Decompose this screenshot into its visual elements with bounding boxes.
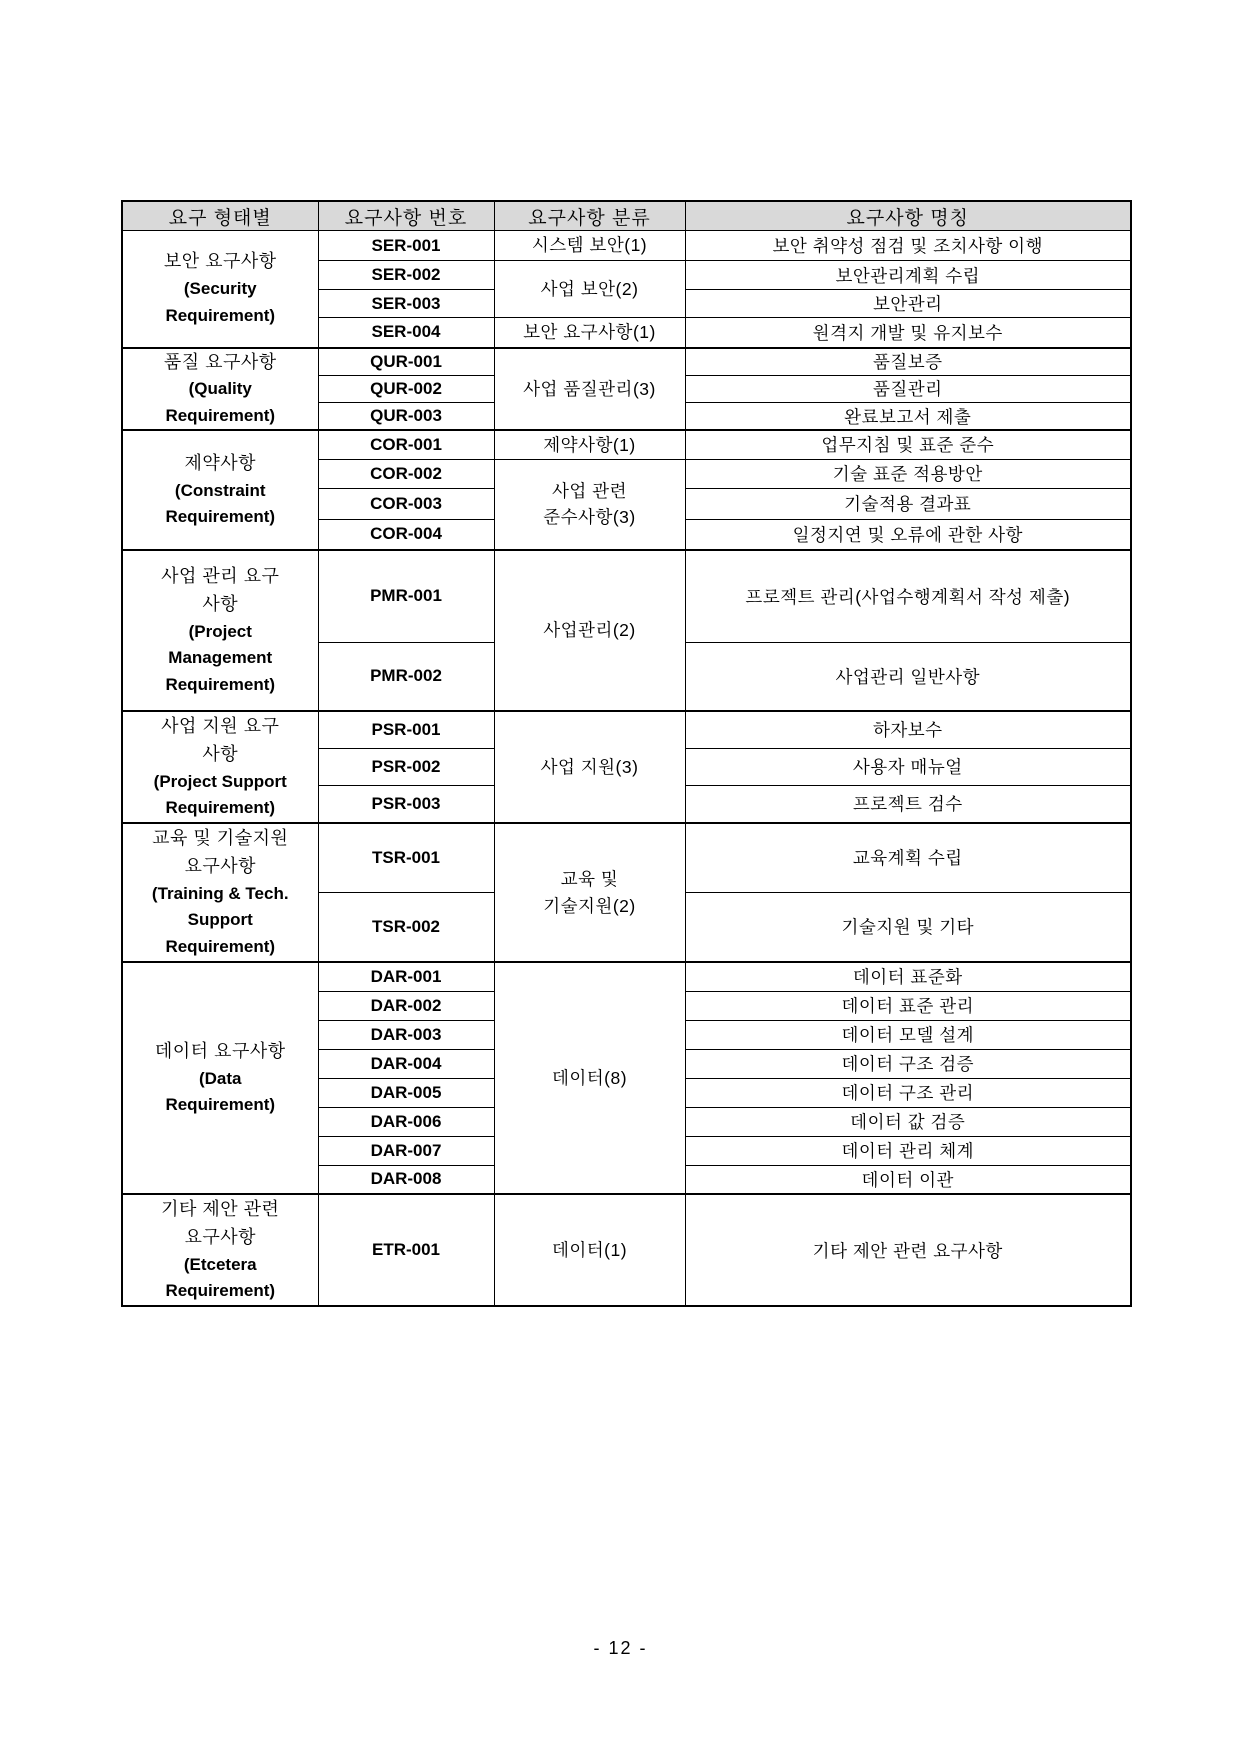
- req-name-cell: 데이터 관리 체계: [685, 1136, 1131, 1165]
- req-name-cell: 일정지연 및 오류에 관한 사항: [685, 519, 1131, 550]
- req-category-cell: 사업 지원(3): [494, 711, 685, 823]
- table-row: 품질 요구사항 (Quality Requirement) QUR-001 사업…: [122, 348, 1131, 376]
- req-category-cell: 데이터(1): [494, 1194, 685, 1306]
- page-number: - 12 -: [0, 1638, 1241, 1659]
- req-name-cell: 데이터 표준화: [685, 962, 1131, 991]
- group-type-cell-project-support: 사업 지원 요구 사항 (Project Support Requirement…: [122, 711, 318, 823]
- req-category-cell: 교육 및 기술지원(2): [494, 823, 685, 962]
- req-name-cell: 데이터 표준 관리: [685, 991, 1131, 1020]
- req-name-cell: 교육계획 수립: [685, 823, 1131, 892]
- req-id-cell: DAR-008: [318, 1165, 494, 1194]
- req-category-cell: 데이터(8): [494, 962, 685, 1194]
- req-id-cell: DAR-006: [318, 1107, 494, 1136]
- req-name-cell: 업무지침 및 표준 준수: [685, 430, 1131, 459]
- req-name-cell: 보안관리: [685, 290, 1131, 318]
- group-type-cell-data: 데이터 요구사항 (Data Requirement): [122, 962, 318, 1194]
- table-row: 교육 및 기술지원 요구사항 (Training & Tech. Support…: [122, 823, 1131, 892]
- req-name-cell: 품질관리: [685, 375, 1131, 403]
- req-name-cell: 사업관리 일반사항: [685, 642, 1131, 711]
- req-category-cell: 사업 보안(2): [494, 261, 685, 318]
- req-name-cell: 데이터 구조 관리: [685, 1078, 1131, 1107]
- group-type-english: (Training & Tech. Support Requirement): [129, 881, 312, 960]
- req-id-cell: SER-002: [318, 261, 494, 290]
- req-id-cell: QUR-002: [318, 375, 494, 403]
- req-id-cell: PSR-002: [318, 748, 494, 785]
- req-id-cell: PSR-003: [318, 785, 494, 823]
- req-id-cell: TSR-001: [318, 823, 494, 892]
- req-name-cell: 품질보증: [685, 348, 1131, 376]
- req-id-cell: QUR-001: [318, 348, 494, 376]
- group-type-cell-constraint: 제약사항 (Constraint Requirement): [122, 430, 318, 550]
- req-id-cell: DAR-003: [318, 1020, 494, 1049]
- req-category-cell: 사업 품질관리(3): [494, 348, 685, 431]
- req-id-cell: QUR-003: [318, 403, 494, 431]
- req-name-cell: 원격지 개발 및 유지보수: [685, 318, 1131, 348]
- group-type-korean: 교육 및 기술지원 요구사항: [129, 825, 312, 881]
- req-id-cell: PSR-001: [318, 711, 494, 748]
- req-id-cell: COR-001: [318, 430, 494, 459]
- req-category-cell: 보안 요구사항(1): [494, 318, 685, 348]
- header-req-name: 요구사항 명칭: [685, 201, 1131, 231]
- req-id-cell: SER-001: [318, 231, 494, 261]
- req-name-cell: 프로젝트 검수: [685, 785, 1131, 823]
- req-id-cell: SER-003: [318, 290, 494, 318]
- table-row: 데이터 요구사항 (Data Requirement) DAR-001 데이터(…: [122, 962, 1131, 991]
- table-row: 제약사항 (Constraint Requirement) COR-001 제약…: [122, 430, 1131, 459]
- requirements-table: 요구 형태별 요구사항 번호 요구사항 분류 요구사항 명칭 보안 요구사항 (…: [121, 200, 1132, 1307]
- req-category-cell: 사업관리(2): [494, 550, 685, 711]
- req-id-cell: COR-004: [318, 519, 494, 550]
- group-type-english: (Quality Requirement): [129, 376, 312, 429]
- table-header-row: 요구 형태별 요구사항 번호 요구사항 분류 요구사항 명칭: [122, 201, 1131, 231]
- table-row: 사업 관리 요구 사항 (Project Management Requirem…: [122, 550, 1131, 642]
- req-name-cell: 하자보수: [685, 711, 1131, 748]
- req-name-cell: 사용자 매뉴얼: [685, 748, 1131, 785]
- req-name-cell: 데이터 이관: [685, 1165, 1131, 1194]
- req-id-cell: COR-003: [318, 488, 494, 519]
- header-req-type: 요구 형태별: [122, 201, 318, 231]
- req-name-cell: 보안관리계획 수립: [685, 261, 1131, 290]
- group-type-cell-etcetera: 기타 제안 관련 요구사항 (Etcetera Requirement): [122, 1194, 318, 1306]
- group-type-cell-security: 보안 요구사항 (Security Requirement): [122, 231, 318, 348]
- group-type-cell-quality: 품질 요구사항 (Quality Requirement): [122, 348, 318, 431]
- req-id-cell: DAR-004: [318, 1049, 494, 1078]
- req-id-cell: SER-004: [318, 318, 494, 348]
- req-id-cell: DAR-001: [318, 962, 494, 991]
- req-id-cell: COR-002: [318, 459, 494, 488]
- table-row: 보안 요구사항 (Security Requirement) SER-001 시…: [122, 231, 1131, 261]
- group-type-korean: 보안 요구사항: [129, 248, 312, 276]
- req-name-cell: 기술지원 및 기타: [685, 892, 1131, 962]
- req-name-cell: 완료보고서 제출: [685, 403, 1131, 431]
- group-type-korean: 품질 요구사항: [129, 349, 312, 377]
- group-type-english: (Security Requirement): [129, 276, 312, 329]
- req-id-cell: DAR-005: [318, 1078, 494, 1107]
- group-type-korean: 사업 관리 요구 사항: [129, 563, 312, 619]
- group-type-korean: 기타 제안 관련 요구사항: [129, 1196, 312, 1252]
- header-req-category: 요구사항 분류: [494, 201, 685, 231]
- req-name-cell: 데이터 값 검증: [685, 1107, 1131, 1136]
- req-name-cell: 프로젝트 관리(사업수행계획서 작성 제출): [685, 550, 1131, 642]
- req-id-cell: PMR-002: [318, 642, 494, 711]
- req-id-cell: DAR-002: [318, 991, 494, 1020]
- req-name-cell: 기타 제안 관련 요구사항: [685, 1194, 1131, 1306]
- group-type-cell-training-tech-support: 교육 및 기술지원 요구사항 (Training & Tech. Support…: [122, 823, 318, 962]
- group-type-english: (Project Support Requirement): [129, 769, 312, 822]
- group-type-cell-project-management: 사업 관리 요구 사항 (Project Management Requirem…: [122, 550, 318, 711]
- req-id-cell: DAR-007: [318, 1136, 494, 1165]
- req-name-cell: 데이터 모델 설계: [685, 1020, 1131, 1049]
- req-category-cell: 시스템 보안(1): [494, 231, 685, 261]
- req-name-cell: 보안 취약성 점검 및 조치사항 이행: [685, 231, 1131, 261]
- req-category-cell: 사업 관련 준수사항(3): [494, 459, 685, 550]
- group-type-english: (Etcetera Requirement): [129, 1252, 312, 1305]
- req-name-cell: 데이터 구조 검증: [685, 1049, 1131, 1078]
- header-req-id: 요구사항 번호: [318, 201, 494, 231]
- req-id-cell: ETR-001: [318, 1194, 494, 1306]
- group-type-english: (Project Management Requirement): [129, 619, 312, 698]
- req-name-cell: 기술적용 결과표: [685, 488, 1131, 519]
- req-id-cell: PMR-001: [318, 550, 494, 642]
- table-row: 기타 제안 관련 요구사항 (Etcetera Requirement) ETR…: [122, 1194, 1131, 1306]
- req-name-cell: 기술 표준 적용방안: [685, 459, 1131, 488]
- req-category-cell: 제약사항(1): [494, 430, 685, 459]
- group-type-korean: 사업 지원 요구 사항: [129, 713, 312, 769]
- req-id-cell: TSR-002: [318, 892, 494, 962]
- group-type-english: (Constraint Requirement): [129, 478, 312, 531]
- table-row: 사업 지원 요구 사항 (Project Support Requirement…: [122, 711, 1131, 748]
- group-type-korean: 데이터 요구사항: [129, 1038, 312, 1066]
- group-type-korean: 제약사항: [129, 450, 312, 478]
- group-type-english: (Data Requirement): [129, 1066, 312, 1119]
